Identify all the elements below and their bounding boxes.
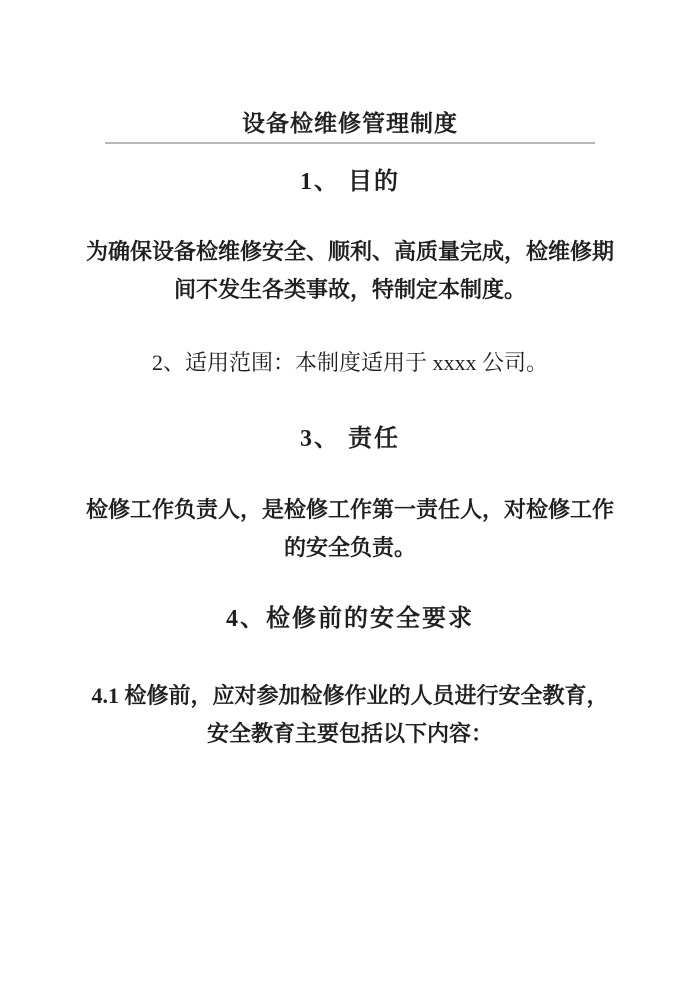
line-scope: 2、适用范围：本制度适用于 xxxx 公司。 [84,344,616,382]
document-page: 设备检维修管理制度 1、 目的 为确保设备检维修安全、顺利、高质量完成，检维修期… [0,0,700,990]
section-heading-purpose: 1、 目的 [80,166,620,198]
document-body: 设备检维修管理制度 1、 目的 为确保设备检维修安全、顺利、高质量完成，检维修期… [80,0,620,753]
paragraph-purpose-body: 为确保设备检维修安全、顺利、高质量完成，检维修期间不发生各类事故，特制定本制度。 [84,233,616,309]
title-divider [105,142,595,144]
paragraph-responsibility-body: 检修工作负责人，是检修工作第一责任人，对检修工作的安全负责。 [84,491,616,567]
section-heading-pre-maintenance-safety: 4、检修前的安全要求 [80,603,620,635]
section-heading-responsibility: 3、 责任 [80,423,620,455]
document-title: 设备检维修管理制度 [80,0,620,139]
paragraph-safety-education: 4.1 检修前，应对参加检修作业的人员进行安全教育，安全教育主要包括以下内容： [84,677,616,753]
